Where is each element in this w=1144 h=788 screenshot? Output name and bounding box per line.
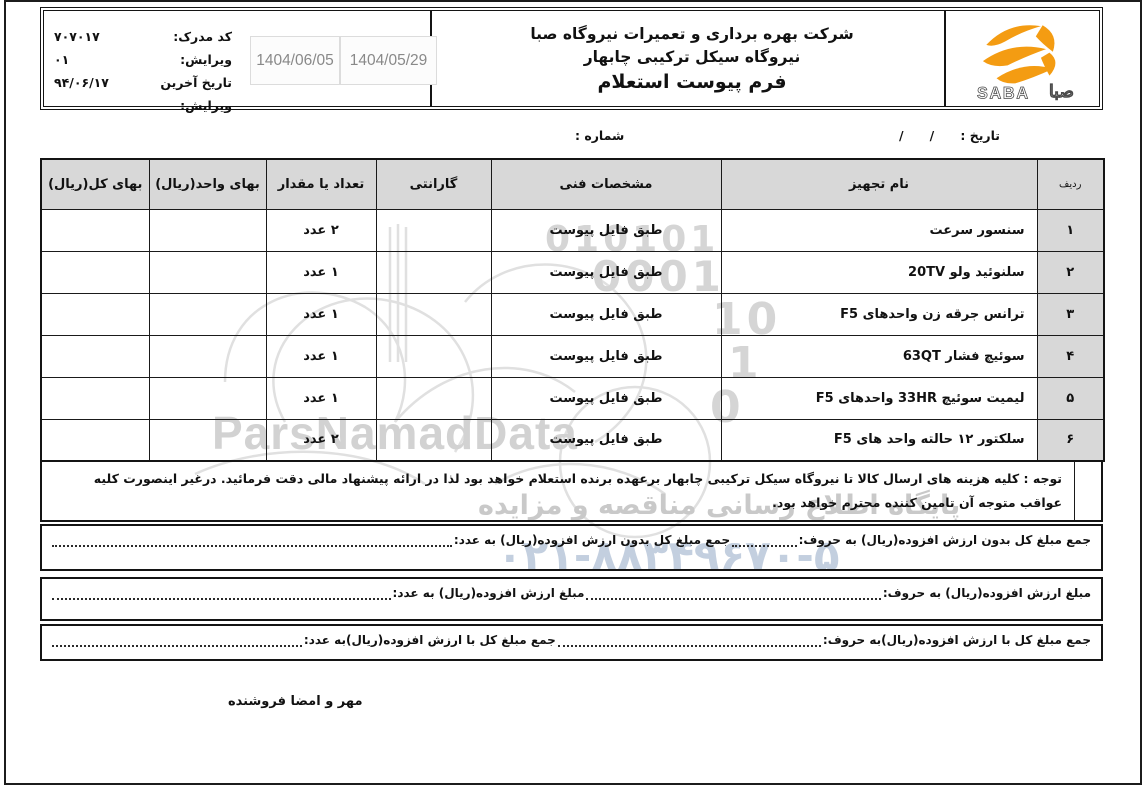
doc-code-row: کد مدرک: ۷۰۷۰۱۷: [54, 25, 232, 48]
total-without-vat-digits-blank: [52, 533, 452, 547]
quantity: ۲ عدد: [266, 419, 376, 461]
warranty-cell: [376, 377, 491, 419]
quantity: ۱ عدد: [266, 251, 376, 293]
warranty-cell: [376, 335, 491, 377]
form-title-block: شرکت بهره برداری و تعمیرات نیروگاه صبا ن…: [432, 11, 952, 106]
unit-price-cell: [149, 377, 266, 419]
last-edit-row: تاریخ آخرین ویرایش: ۹۴/۰۶/۱۷: [54, 71, 232, 117]
vat-digits-blank: [52, 586, 391, 600]
vat-words-blank: [586, 586, 880, 600]
col-header-tech-spec: مشخصات فنی: [491, 159, 721, 209]
note-side-cell: [1074, 462, 1101, 520]
col-header-warranty: گارانتی: [376, 159, 491, 209]
quantity: ۱ عدد: [266, 293, 376, 335]
total-without-vat-row: جمع مبلغ کل بدون ارزش افزوده(ریال) به حر…: [40, 524, 1103, 571]
total-with-vat-digits-blank: [52, 633, 302, 647]
warranty-cell: [376, 293, 491, 335]
table-header-row: ردیف نام تجهیز مشخصات فنی گارانتی تعداد …: [41, 159, 1104, 209]
total-price-cell: [41, 251, 149, 293]
col-header-total-price: بهای کل(ریال): [41, 159, 149, 209]
unit-price-cell: [149, 209, 266, 251]
row-no: ۴: [1037, 335, 1104, 377]
seller-signature-label: مهر و امضا فروشنده: [228, 694, 363, 709]
unit-price-cell: [149, 335, 266, 377]
date-field-label: تاریخ : / /: [899, 128, 1000, 143]
tech-spec: طبق فایل پیوست: [491, 251, 721, 293]
col-header-equipment-name: نام تجهیز: [721, 159, 1037, 209]
col-header-unit-price: بهای واحد(ریال): [149, 159, 266, 209]
table-row: ۱ سنسور سرعت طبق فایل پیوست ۲ عدد: [41, 209, 1104, 251]
tech-spec: طبق فایل پیوست: [491, 293, 721, 335]
total-price-cell: [41, 335, 149, 377]
unit-price-cell: [149, 419, 266, 461]
quantity: ۱ عدد: [266, 377, 376, 419]
vat-words-label: مبلغ ارزش افزوده(ریال) به حروف:: [883, 586, 1091, 601]
company-name: شرکت بهره برداری و تعمیرات نیروگاه صبا: [530, 25, 853, 43]
quantity: ۱ عدد: [266, 335, 376, 377]
total-price-cell: [41, 419, 149, 461]
table-row: ۶ سلکتور ۱۲ حالته واحد های F5 طبق فایل پ…: [41, 419, 1104, 461]
tech-spec: طبق فایل پیوست: [491, 377, 721, 419]
total-price-cell: [41, 377, 149, 419]
table-row: ۵ لیمیت سوئیچ 33HR واحدهای F5 طبق فایل پ…: [41, 377, 1104, 419]
table-row: ۴ سوئیچ فشار 63QT طبق فایل پیوست ۱ عدد: [41, 335, 1104, 377]
tech-spec: طبق فایل پیوست: [491, 419, 721, 461]
shipping-note: توجه : کلیه هزینه های ارسال کالا تا نیرو…: [42, 462, 1074, 520]
unit-price-cell: [149, 251, 266, 293]
warranty-cell: [376, 251, 491, 293]
equipment-name: سنسور سرعت: [721, 209, 1037, 251]
last-edit-label: تاریخ آخرین ویرایش:: [109, 71, 232, 117]
date-chip-2[interactable]: 1404/05/29: [340, 36, 437, 85]
total-without-vat-digits-label: جمع مبلغ کل بدون ارزش افزوده(ریال) به عد…: [454, 533, 730, 548]
total-without-vat-words-label: جمع مبلغ کل بدون ارزش افزوده(ریال) به حر…: [799, 533, 1091, 548]
tech-spec: طبق فایل پیوست: [491, 209, 721, 251]
logo-latin-text: SABA: [976, 84, 1029, 102]
page-title: فرم پیوست استعلام: [597, 71, 786, 93]
total-price-cell: [41, 209, 149, 251]
row-no: ۶: [1037, 419, 1104, 461]
row-no: ۲: [1037, 251, 1104, 293]
equipment-table: ردیف نام تجهیز مشخصات فنی گارانتی تعداد …: [40, 158, 1105, 462]
col-header-quantity: تعداد یا مقدار: [266, 159, 376, 209]
unit-price-cell: [149, 293, 266, 335]
total-with-vat-digits-label: جمع مبلغ کل با ارزش افزوده(ریال)به عدد:: [304, 633, 556, 648]
plant-name: نیروگاه سیکل ترکیبی چابهار: [584, 48, 801, 66]
doc-code-value: ۷۰۷۰۱۷: [54, 25, 100, 48]
tech-spec: طبق فایل پیوست: [491, 335, 721, 377]
table-row: ۲ سلنوئید ولو 20TV طبق فایل پیوست ۱ عدد: [41, 251, 1104, 293]
edition-label: ویرایش:: [180, 48, 232, 71]
row-no: ۱: [1037, 209, 1104, 251]
equipment-name: سوئیچ فشار 63QT: [721, 335, 1037, 377]
quantity: ۲ عدد: [266, 209, 376, 251]
saba-logo-icon: SABA صبا: [959, 13, 1087, 105]
note-row: توجه : کلیه هزینه های ارسال کالا تا نیرو…: [40, 460, 1103, 522]
vat-digits-label: مبلغ ارزش افزوده(ریال) به عدد:: [393, 586, 585, 601]
logo-cell: SABA صبا: [944, 11, 1099, 106]
equipment-name: لیمیت سوئیچ 33HR واحدهای F5: [721, 377, 1037, 419]
row-no: ۵: [1037, 377, 1104, 419]
equipment-name: ترانس جرقه زن واحدهای F5: [721, 293, 1037, 335]
number-field-label: شماره :: [575, 128, 624, 143]
total-with-vat-words-label: جمع مبلغ کل با ارزش افزوده(ریال)به حروف:: [823, 633, 1091, 648]
table-row: ۳ ترانس جرقه زن واحدهای F5 طبق فایل پیوس…: [41, 293, 1104, 335]
last-edit-value: ۹۴/۰۶/۱۷: [54, 71, 109, 117]
edition-row: ویرایش: ۰۱: [54, 48, 232, 71]
warranty-cell: [376, 419, 491, 461]
vat-amount-row: مبلغ ارزش افزوده(ریال) به حروف: مبلغ ارز…: [40, 577, 1103, 621]
total-with-vat-row: جمع مبلغ کل با ارزش افزوده(ریال)به حروف:…: [40, 624, 1103, 661]
total-with-vat-words-blank: [558, 633, 821, 647]
doc-code-label: کد مدرک:: [173, 25, 232, 48]
col-header-row-no: ردیف: [1037, 159, 1104, 209]
equipment-name: سلکتور ۱۲ حالته واحد های F5: [721, 419, 1037, 461]
total-without-vat-words-blank: [732, 533, 797, 547]
warranty-cell: [376, 209, 491, 251]
edition-value: ۰۱: [54, 48, 69, 71]
logo-fa-text: صبا: [1048, 81, 1073, 100]
equipment-name: سلنوئید ولو 20TV: [721, 251, 1037, 293]
form-header: کد مدرک: ۷۰۷۰۱۷ ویرایش: ۰۱ تاریخ آخرین و…: [40, 7, 1103, 110]
total-price-cell: [41, 293, 149, 335]
date-chip-1[interactable]: 1404/06/05: [250, 36, 340, 85]
row-no: ۳: [1037, 293, 1104, 335]
